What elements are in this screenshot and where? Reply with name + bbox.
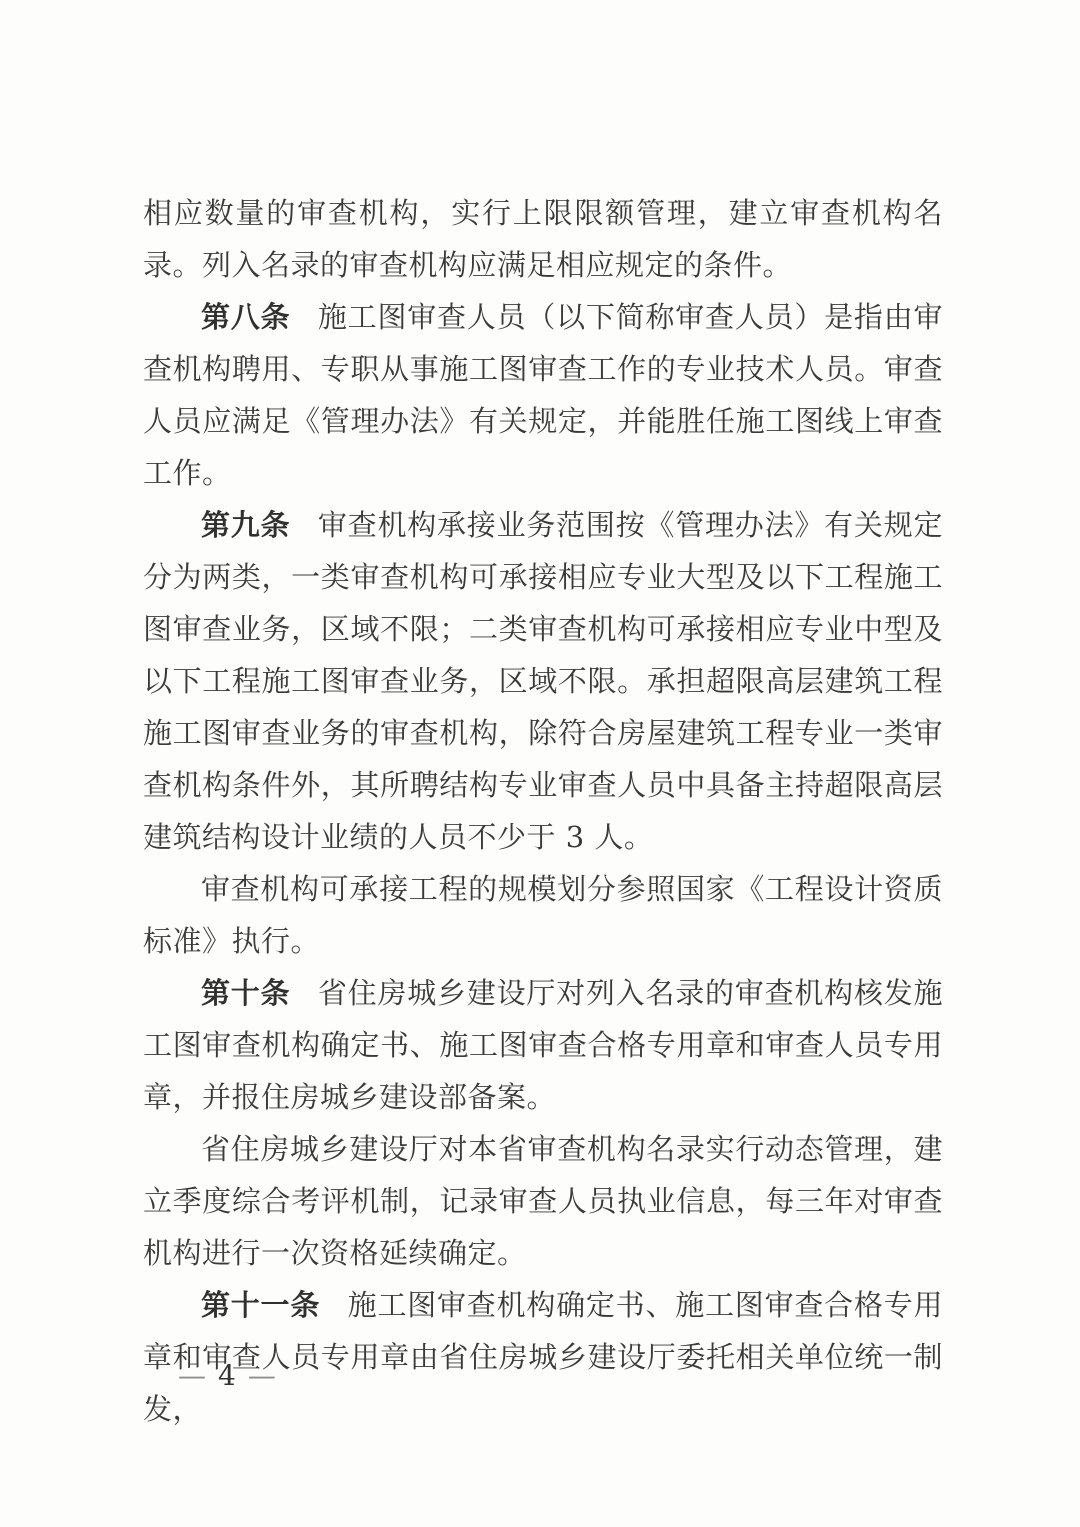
paragraph-dynamic-management: 省住房城乡建设厅对本省审查机构名录实行动态管理，建立季度综合考评机制，记录审查人… (143, 1123, 943, 1279)
paragraph-continuation: 相应数量的审查机构，实行上限限额管理，建立审查机构名录。列入名录的审查机构应满足… (143, 187, 943, 291)
paragraph-text: 省住房城乡建设厅对本省审查机构名录实行动态管理，建立季度综合考评机制，记录审查人… (143, 1132, 943, 1270)
paragraph-text: 审查机构承接业务范围按《管理办法》有关规定分为两类，一类审查机构可承接相应专业大… (143, 508, 943, 854)
article-number-9: 第九条 (201, 508, 290, 542)
paragraph-text: 审查机构可承接工程的规模划分参照国家《工程设计资质标准》执行。 (143, 872, 943, 958)
page-footer: —4— (168, 1356, 288, 1396)
footer-right-dash: — (248, 1359, 278, 1392)
article-number-11: 第十一条 (201, 1288, 320, 1322)
article-number-8: 第八条 (201, 300, 290, 334)
paragraph-article-9: 第九条审查机构承接业务范围按《管理办法》有关规定分为两类，一类审查机构可承接相应… (143, 499, 943, 863)
document-page: 相应数量的审查机构，实行上限限额管理，建立审查机构名录。列入名录的审查机构应满足… (0, 0, 1080, 1527)
paragraph-article-8: 第八条施工图审查人员（以下简称审查人员）是指由审查机构聘用、专职从事施工图审查工… (143, 291, 943, 499)
paragraph-scale-reference: 审查机构可承接工程的规模划分参照国家《工程设计资质标准》执行。 (143, 863, 943, 967)
paragraph-text: 相应数量的审查机构，实行上限限额管理，建立审查机构名录。列入名录的审查机构应满足… (143, 196, 943, 282)
page-number: 4 (218, 1359, 238, 1392)
article-number-10: 第十条 (201, 976, 290, 1010)
document-body: 相应数量的审查机构，实行上限限额管理，建立审查机构名录。列入名录的审查机构应满足… (143, 187, 943, 1435)
footer-left-dash: — (178, 1359, 208, 1392)
paragraph-article-10: 第十条省住房城乡建设厅对列入名录的审查机构核发施工图审查机构确定书、施工图审查合… (143, 967, 943, 1123)
